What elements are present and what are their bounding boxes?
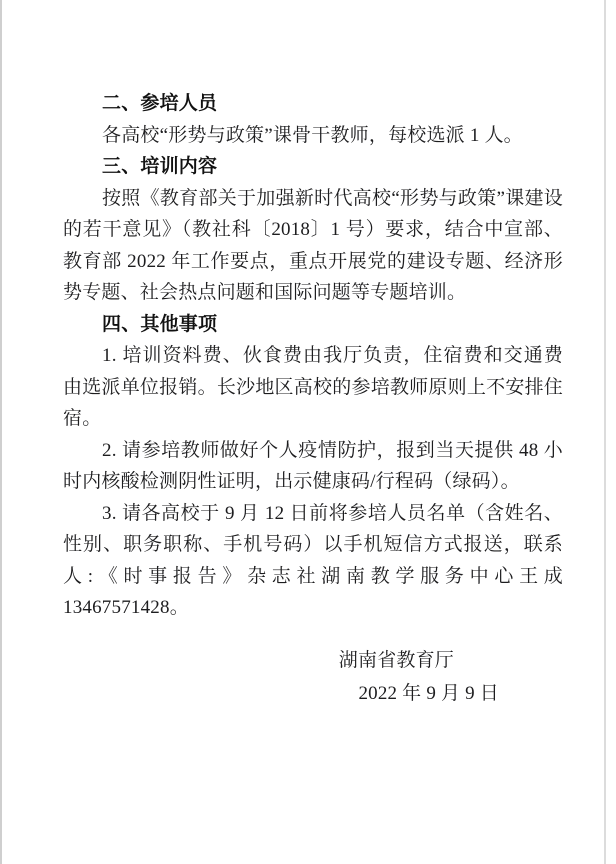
paragraph-other-item-2: 2. 请参培教师做好个人疫情防护，报到当天提供 48 小时内核酸检测阴性证明，出… xyxy=(63,435,563,498)
document-body: 二、参培人员 各高校“形势与政策”课骨干教师，每校选派 1 人。 三、培训内容 … xyxy=(63,88,563,710)
signature-signer: 湖南省教育厅 xyxy=(63,644,563,677)
paragraph-participants: 各高校“形势与政策”课骨干教师，每校选派 1 人。 xyxy=(63,120,563,152)
document-page: 二、参培人员 各高校“形势与政策”课骨干教师，每校选派 1 人。 三、培训内容 … xyxy=(0,0,616,864)
paragraph-training-content: 按照《教育部关于加强新时代高校“形势与政策”课建设的若干意见》（教社科〔2018… xyxy=(63,183,563,309)
section-heading-other-items: 四、其他事项 xyxy=(63,309,563,341)
section-heading-participants: 二、参培人员 xyxy=(63,88,563,120)
paragraph-other-item-1: 1. 培训资料费、伙食费由我厅负责，住宿费和交通费由选派单位报销。长沙地区高校的… xyxy=(63,340,563,435)
page-right-edge-line xyxy=(604,0,606,864)
section-heading-training-content: 三、培训内容 xyxy=(63,151,563,183)
signature-block: 湖南省教育厅 2022 年 9 月 9 日 xyxy=(63,644,563,710)
paragraph-other-item-3: 3. 请各高校于 9 月 12 日前将参培人员名单（含姓名、性别、职务职称、手机… xyxy=(63,498,563,624)
signature-date: 2022 年 9 月 9 日 xyxy=(63,677,563,710)
page-left-edge-line xyxy=(0,0,2,864)
